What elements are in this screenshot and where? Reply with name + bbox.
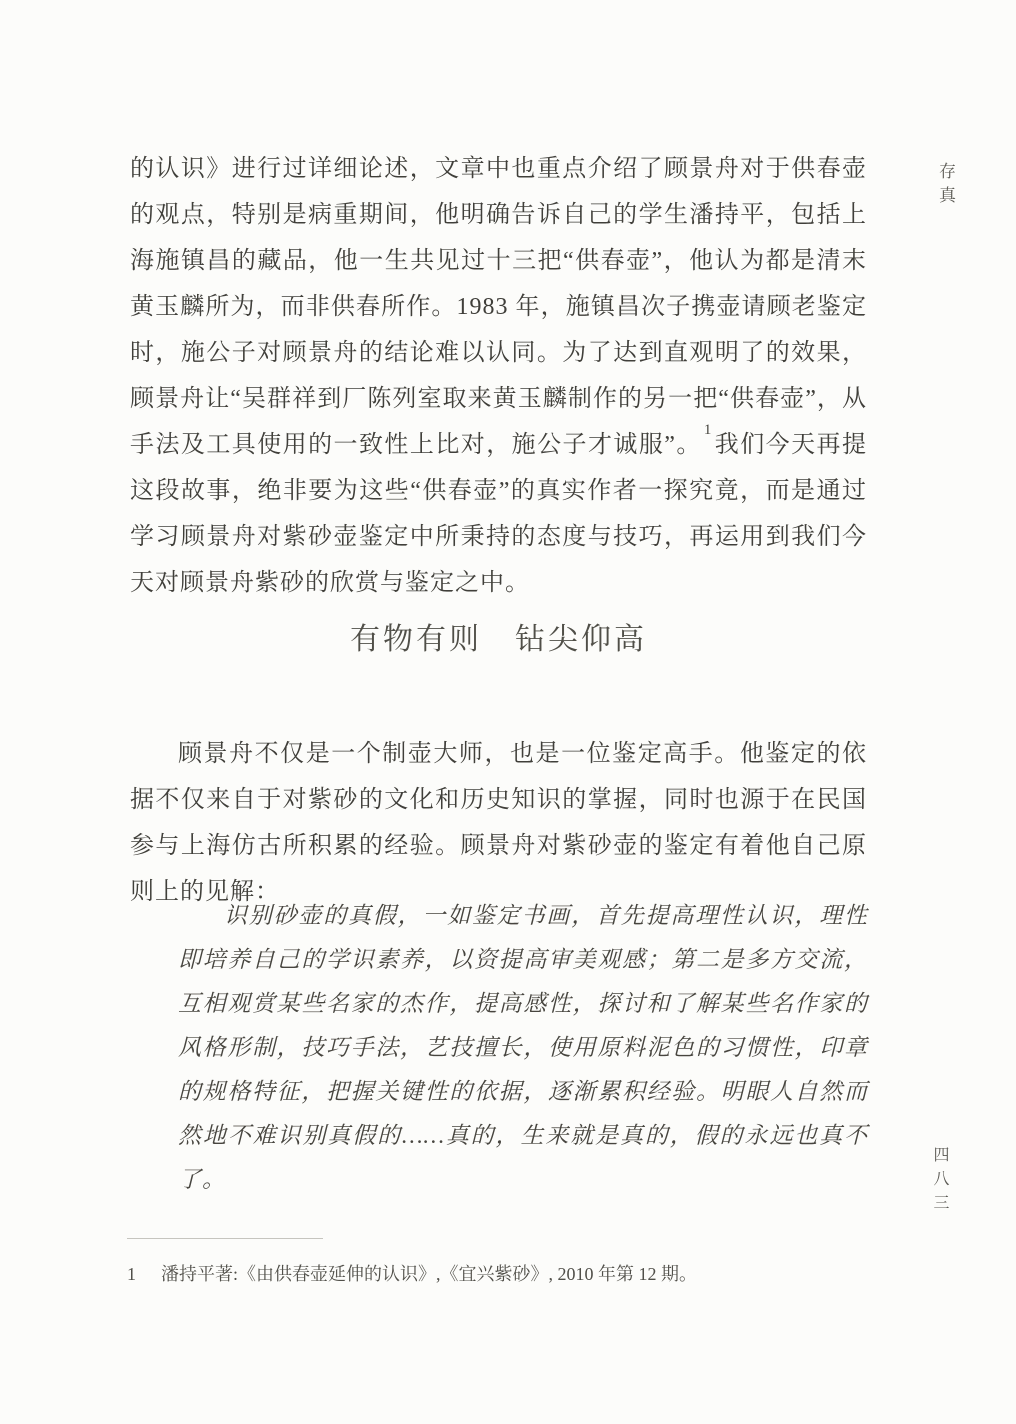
section-heading: 有物有则 钻尖仰高 [130, 617, 867, 663]
footnote: 1潘持平著:《由供春壶延伸的认识》,《宜兴紫砂》, 2010 年第 12 期。 [127, 1260, 872, 1288]
paragraph-text: 的认识》进行过详细论述，文章中也重点介绍了顾景舟对于供春壶的观点，特别是病重期间… [130, 156, 867, 458]
page-number: 四八三 [928, 1146, 951, 1218]
footnote-text: 潘持平著:《由供春壶延伸的认识》,《宜兴紫砂》, 2010 年第 12 期。 [161, 1264, 697, 1284]
book-page: 存真 的认识》进行过详细论述，文章中也重点介绍了顾景舟对于供春壶的观点，特别是病… [0, 0, 1016, 1424]
footnote-divider [127, 1238, 323, 1239]
footnote-marker: 1 [127, 1260, 161, 1288]
quote-block: 识别砂壶的真假，一如鉴定书画，首先提高理性认识，理性即培养自己的学识素养，以资提… [178, 894, 868, 1202]
paragraph-continuation: 的认识》进行过详细论述，文章中也重点介绍了顾景舟对于供春壶的观点，特别是病重期间… [130, 146, 867, 606]
paragraph-intro: 顾景舟不仅是一个制壶大师，也是一位鉴定高手。他鉴定的依据不仅来自于对紫砂的文化和… [130, 731, 867, 915]
running-head: 存真 [933, 162, 958, 210]
footnote-reference: 1 [704, 422, 713, 438]
